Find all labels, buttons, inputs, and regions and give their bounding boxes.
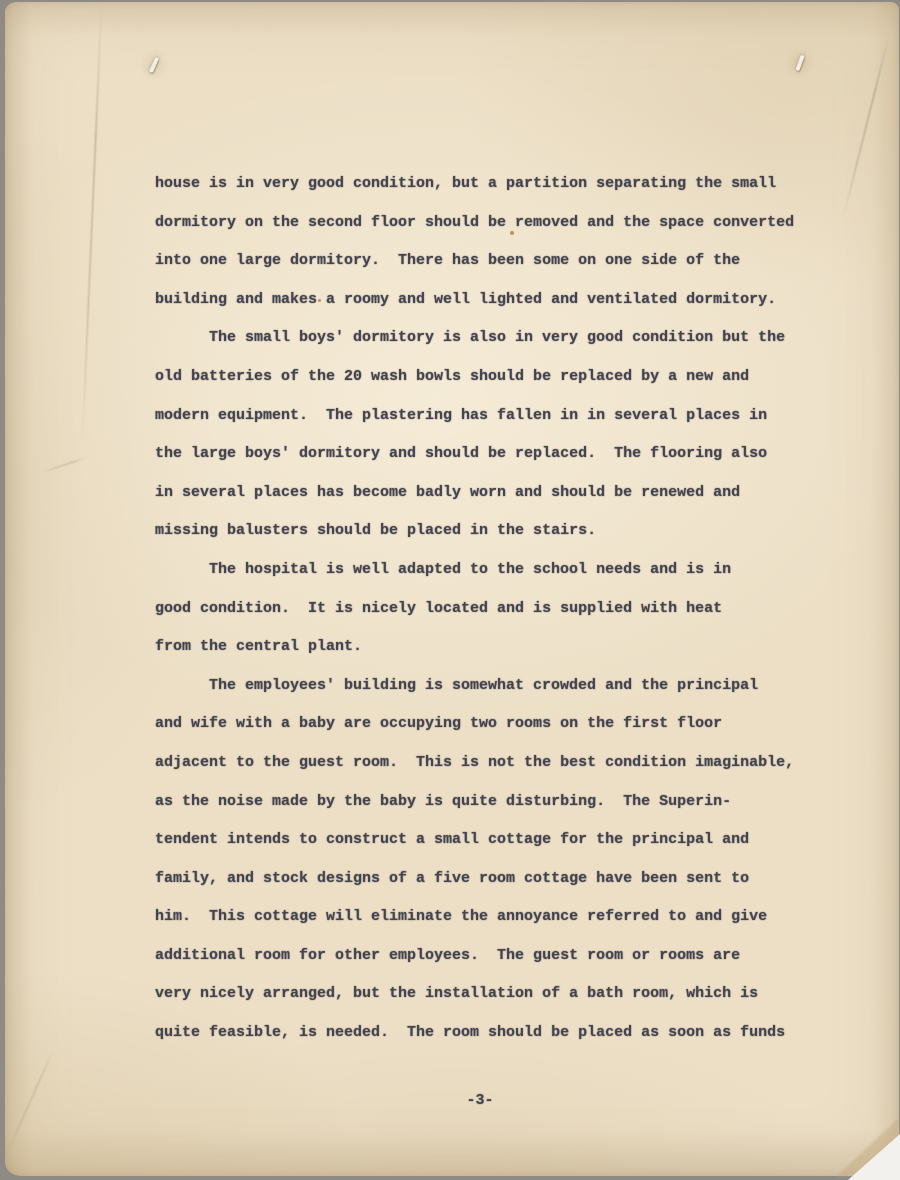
- text-line: modern equipment. The plastering has fal…: [155, 397, 805, 436]
- text-line: good condition. It is nicely located and…: [155, 590, 805, 629]
- text-line: The hospital is well adapted to the scho…: [155, 551, 805, 590]
- text-line: adjacent to the guest room. This is not …: [155, 744, 805, 783]
- paragraph: The small boys' dormitory is also in ver…: [155, 319, 805, 551]
- paper-crease: [42, 457, 86, 473]
- text-line: dormitory on the second floor should be …: [155, 204, 805, 243]
- staple-hole: [795, 55, 804, 71]
- staple-hole: [149, 57, 159, 73]
- text-line: family, and stock designs of a five room…: [155, 860, 805, 899]
- text-line: The employees' building is somewhat crow…: [155, 667, 805, 706]
- text-line: into one large dormitory. There has been…: [155, 242, 805, 281]
- text-line: very nicely arranged, but the installati…: [155, 975, 805, 1014]
- text-line: and wife with a baby are occupying two r…: [155, 705, 805, 744]
- text-line: in several places has become badly worn …: [155, 474, 805, 513]
- paper-crease: [842, 35, 890, 220]
- scanned-page: house is in very good condition, but a p…: [0, 0, 900, 1180]
- text-line: as the noise made by the baby is quite d…: [155, 783, 805, 822]
- text-line: additional room for other employees. The…: [155, 937, 805, 976]
- page-corner-cut: [848, 1134, 900, 1180]
- paper-crease: [81, 2, 102, 442]
- text-line: tendent intends to construct a small cot…: [155, 821, 805, 860]
- typewritten-text: house is in very good condition, but a p…: [155, 165, 805, 1053]
- text-line: quite feasible, is needed. The room shou…: [155, 1014, 805, 1053]
- paragraph: The hospital is well adapted to the scho…: [155, 551, 805, 667]
- paragraph: The employees' building is somewhat crow…: [155, 667, 805, 1053]
- page-number: -3-: [155, 1082, 805, 1121]
- paper-crease: [5, 1047, 56, 1157]
- text-line: building and makes a roomy and well ligh…: [155, 281, 805, 320]
- text-line: the large boys' dormitory and should be …: [155, 435, 805, 474]
- text-line: The small boys' dormitory is also in ver…: [155, 319, 805, 358]
- paper-page: house is in very good condition, but a p…: [5, 2, 899, 1176]
- text-line: old batteries of the 20 wash bowls shoul…: [155, 358, 805, 397]
- text-line: missing balusters should be placed in th…: [155, 512, 805, 551]
- text-line: house is in very good condition, but a p…: [155, 165, 805, 204]
- text-line: from the central plant.: [155, 628, 805, 667]
- paragraph: house is in very good condition, but a p…: [155, 165, 805, 319]
- text-line: him. This cottage will eliminate the ann…: [155, 898, 805, 937]
